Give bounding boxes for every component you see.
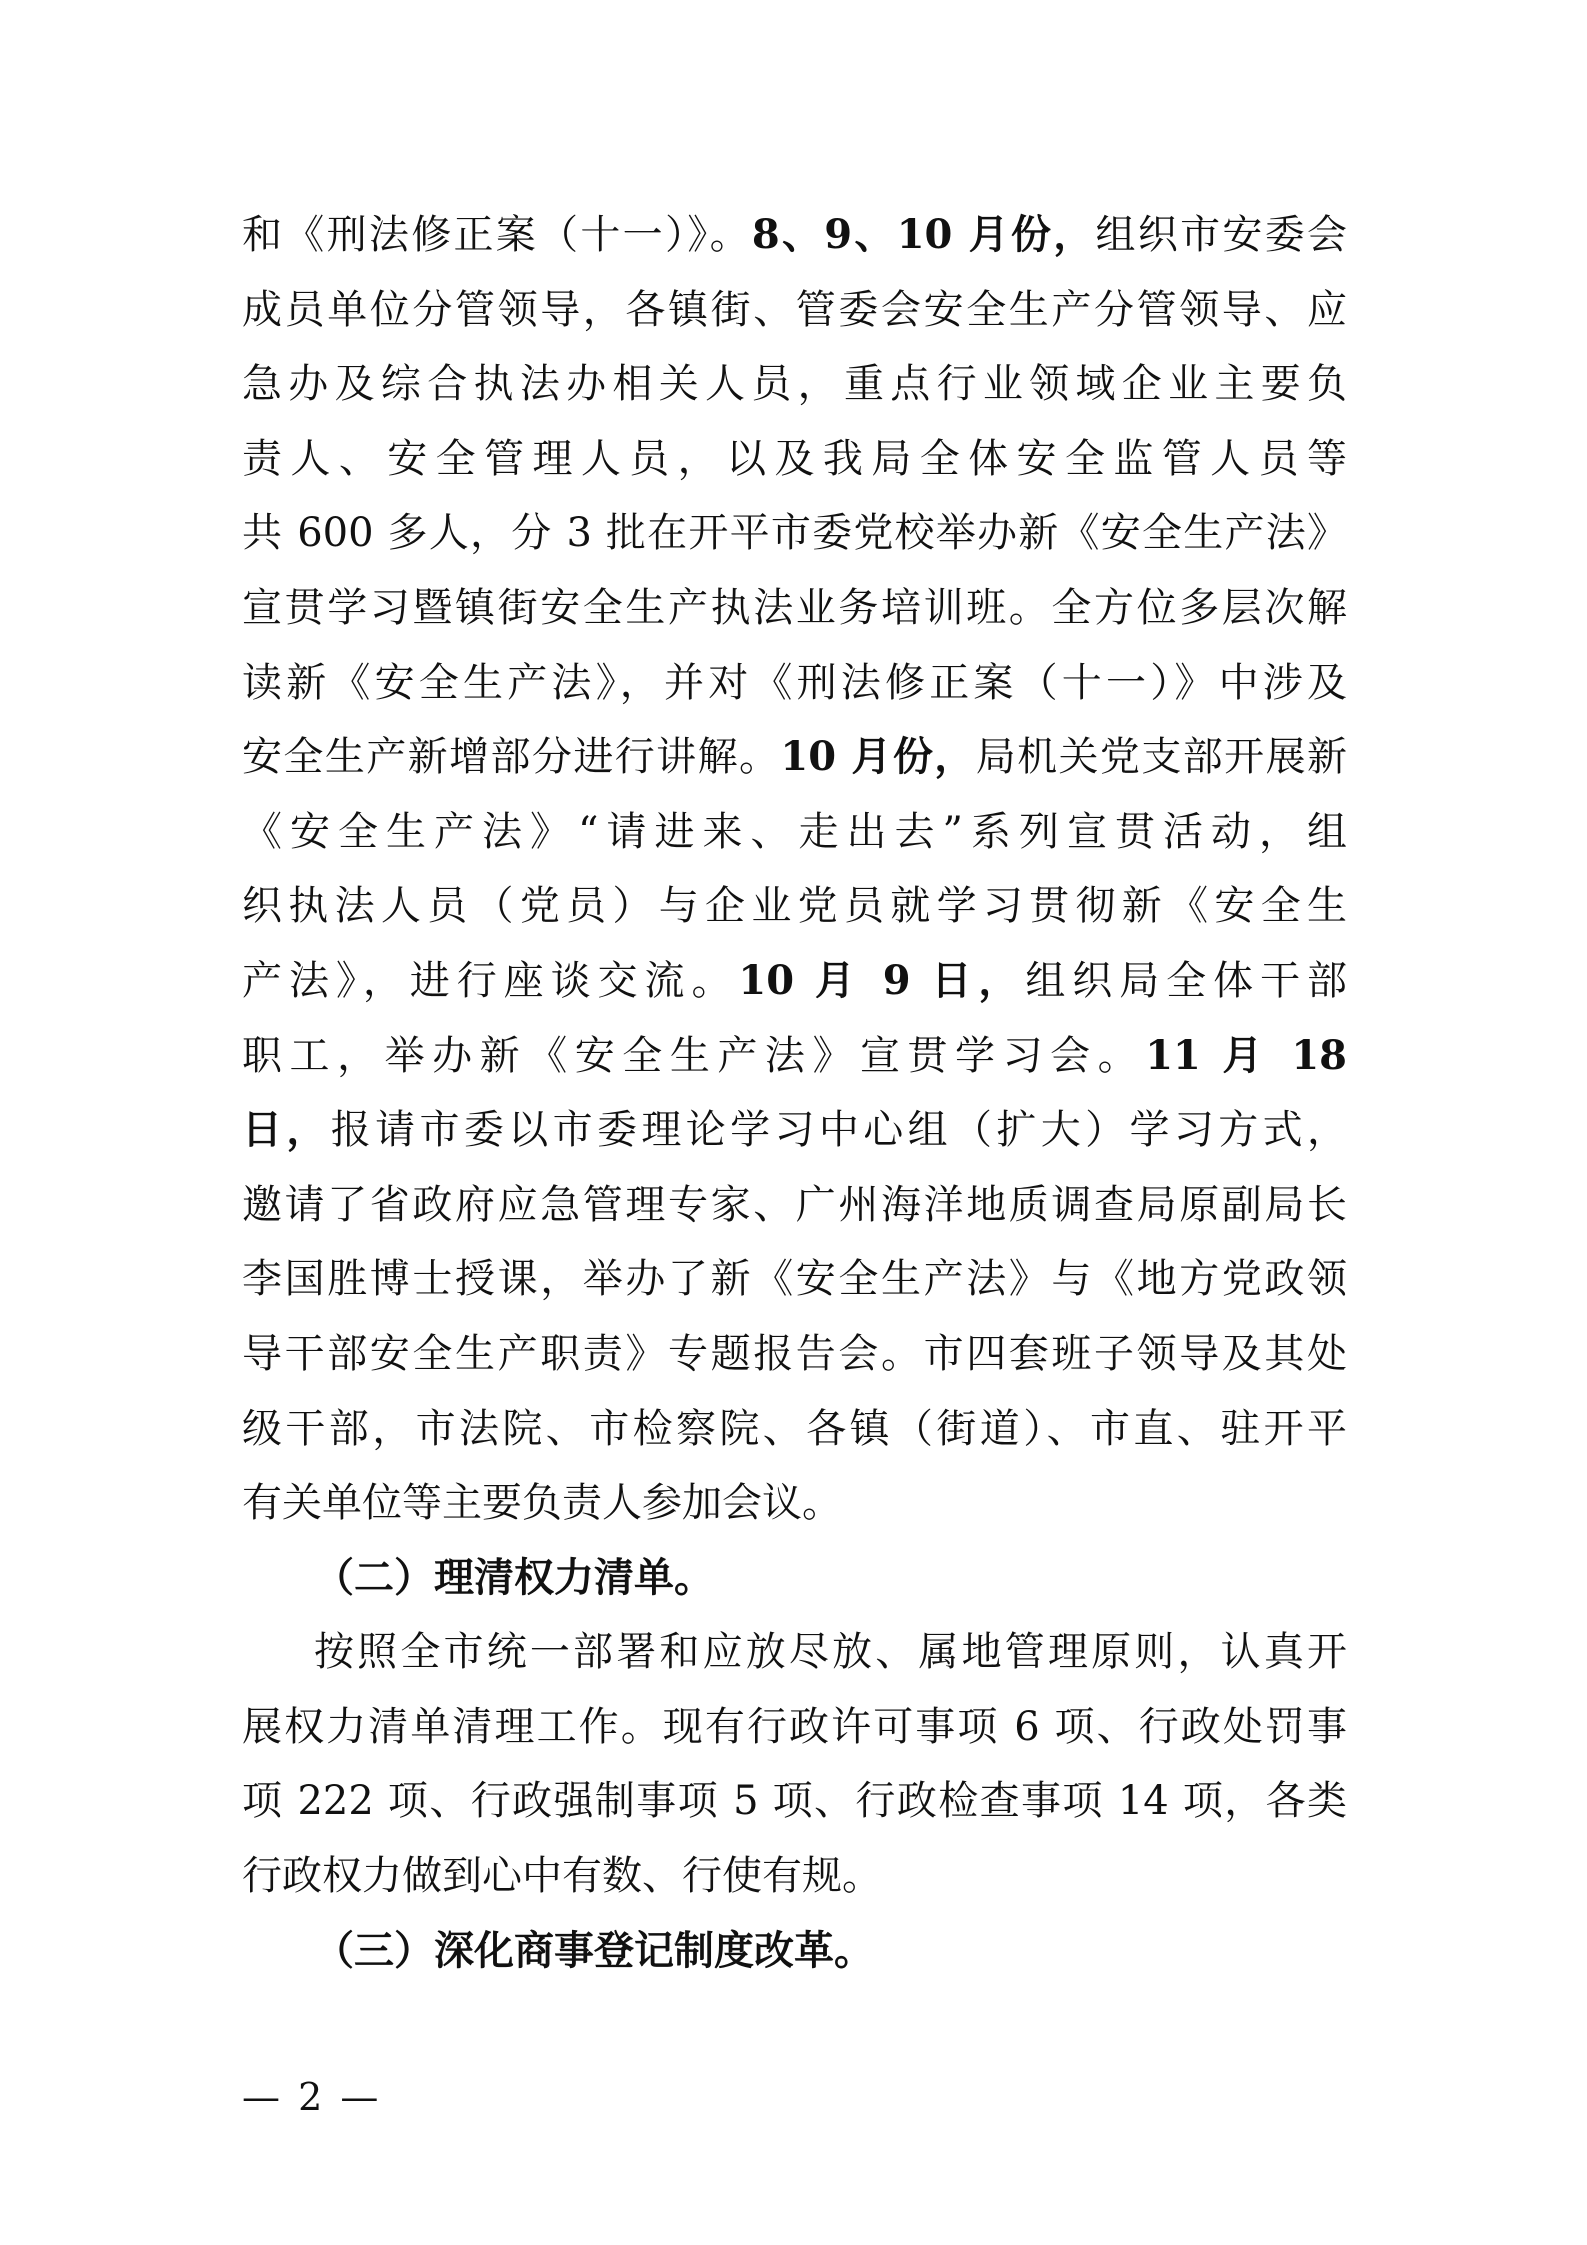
- section-heading: （三）深化商事登记制度改革。: [242, 1914, 1347, 1989]
- text-segment: 读新《安全生产法》，并对《刑法修正案（十一）》中涉及: [242, 660, 1347, 706]
- bold-date-segment: 11 月 18: [1145, 1032, 1347, 1079]
- bold-date-segment: 日，: [242, 1106, 331, 1153]
- bold-date-segment: 10 月 9 日，: [738, 957, 1025, 1004]
- text-segment: 产法》，进行座谈交流。: [242, 958, 738, 1004]
- text-line: 和《刑法修正案（十一）》。8、9、10 月份，组织市安委会: [242, 198, 1347, 273]
- text-line: 《安全生产法》“请进来、走出去”系列宣贯活动，组: [242, 795, 1347, 870]
- text-segment: 有关单位等主要负责人参加会议。: [242, 1480, 842, 1526]
- text-segment: 责人、安全管理人员，以及我局全体安全监管人员等: [242, 436, 1347, 482]
- text-segment: 宣贯学习暨镇街安全生产执法业务培训班。全方位多层次解: [242, 585, 1347, 631]
- text-segment: 邀请了省政府应急管理专家、广州海洋地质调查局原副局长: [242, 1182, 1347, 1228]
- bold-date-segment: 8、9、10 月份，: [752, 211, 1096, 258]
- text-line: 行政权力做到心中有数、行使有规。: [242, 1839, 1347, 1914]
- text-segment: 组织市安委会: [1096, 212, 1347, 258]
- text-segment: 共 600 多人，分 3 批在开平市委党校举办新《安全生产法》: [242, 510, 1347, 556]
- text-line: 级干部，市法院、市检察院、各镇（街道）、市直、驻开平: [242, 1392, 1347, 1467]
- text-segment: 导干部安全生产职责》专题报告会。市四套班子领导及其处: [242, 1331, 1347, 1377]
- text-segment: 成员单位分管领导，各镇街、管委会安全生产分管领导、应: [242, 287, 1347, 333]
- text-segment: 行政权力做到心中有数、行使有规。: [242, 1853, 882, 1899]
- bold-date-segment: 10 月份，: [780, 733, 975, 780]
- text-segment: 局机关党支部开展新: [976, 734, 1347, 780]
- text-line: 织执法人员（党员）与企业党员就学习贯彻新《安全生: [242, 869, 1347, 944]
- text-line: 共 600 多人，分 3 批在开平市委党校举办新《安全生产法》: [242, 496, 1347, 571]
- text-line: 李国胜博士授课，举办了新《安全生产法》与《地方党政领: [242, 1242, 1347, 1317]
- page-number: — 2 —: [242, 2072, 381, 2122]
- text-segment: 织执法人员（党员）与企业党员就学习贯彻新《安全生: [242, 883, 1347, 929]
- text-line: 展权力清单清理工作。现有行政许可事项 6 项、行政处罚事: [242, 1690, 1347, 1765]
- text-line: 日，报请市委以市委理论学习中心组（扩大）学习方式，: [242, 1093, 1347, 1168]
- text-segment: 《安全生产法》“请进来、走出去”系列宣贯活动，组: [242, 809, 1347, 855]
- text-segment: 急办及综合执法办相关人员，重点行业领域企业主要负: [242, 361, 1347, 407]
- text-line: 有关单位等主要负责人参加会议。: [242, 1466, 1347, 1541]
- text-line: 产法》，进行座谈交流。10 月 9 日，组织局全体干部: [242, 944, 1347, 1019]
- text-line: 责人、安全管理人员，以及我局全体安全监管人员等: [242, 422, 1347, 497]
- text-line: 邀请了省政府应急管理专家、广州海洋地质调查局原副局长: [242, 1168, 1347, 1243]
- text-segment: 级干部，市法院、市检察院、各镇（街道）、市直、驻开平: [242, 1406, 1347, 1452]
- text-line: 按照全市统一部署和应放尽放、属地管理原则，认真开: [242, 1615, 1347, 1690]
- text-segment: 项 222 项、行政强制事项 5 项、行政检查事项 14 项，各类: [242, 1778, 1347, 1824]
- text-segment: 李国胜博士授课，举办了新《安全生产法》与《地方党政领: [242, 1256, 1347, 1302]
- text-segment: 按照全市统一部署和应放尽放、属地管理原则，认真开: [314, 1629, 1347, 1675]
- text-line: 安全生产新增部分进行讲解。10 月份，局机关党支部开展新: [242, 720, 1347, 795]
- text-line: 急办及综合执法办相关人员，重点行业领域企业主要负: [242, 347, 1347, 422]
- text-line: 导干部安全生产职责》专题报告会。市四套班子领导及其处: [242, 1317, 1347, 1392]
- heading-label: （二）理清权力清单。: [314, 1554, 714, 1601]
- text-segment: 报请市委以市委理论学习中心组（扩大）学习方式，: [331, 1107, 1347, 1153]
- text-line: 读新《安全生产法》，并对《刑法修正案（十一）》中涉及: [242, 646, 1347, 721]
- text-line: 成员单位分管领导，各镇街、管委会安全生产分管领导、应: [242, 273, 1347, 348]
- text-segment: 安全生产新增部分进行讲解。: [242, 734, 780, 780]
- text-line: 项 222 项、行政强制事项 5 项、行政检查事项 14 项，各类: [242, 1764, 1347, 1839]
- text-line: 宣贯学习暨镇街安全生产执法业务培训班。全方位多层次解: [242, 571, 1347, 646]
- document-body: 和《刑法修正案（十一）》。8、9、10 月份，组织市安委会 成员单位分管领导，各…: [242, 198, 1347, 1988]
- document-page: 和《刑法修正案（十一）》。8、9、10 月份，组织市安委会 成员单位分管领导，各…: [0, 0, 1587, 2245]
- text-segment: 职工，举办新《安全生产法》宣贯学习会。: [242, 1033, 1145, 1079]
- text-segment: 和《刑法修正案（十一）》。: [242, 212, 752, 258]
- heading-label: （三）深化商事登记制度改革。: [314, 1927, 874, 1974]
- text-segment: 展权力清单清理工作。现有行政许可事项 6 项、行政处罚事: [242, 1704, 1347, 1750]
- section-heading: （二）理清权力清单。: [242, 1541, 1347, 1616]
- text-segment: 组织局全体干部: [1025, 958, 1347, 1004]
- text-line: 职工，举办新《安全生产法》宣贯学习会。11 月 18: [242, 1019, 1347, 1094]
